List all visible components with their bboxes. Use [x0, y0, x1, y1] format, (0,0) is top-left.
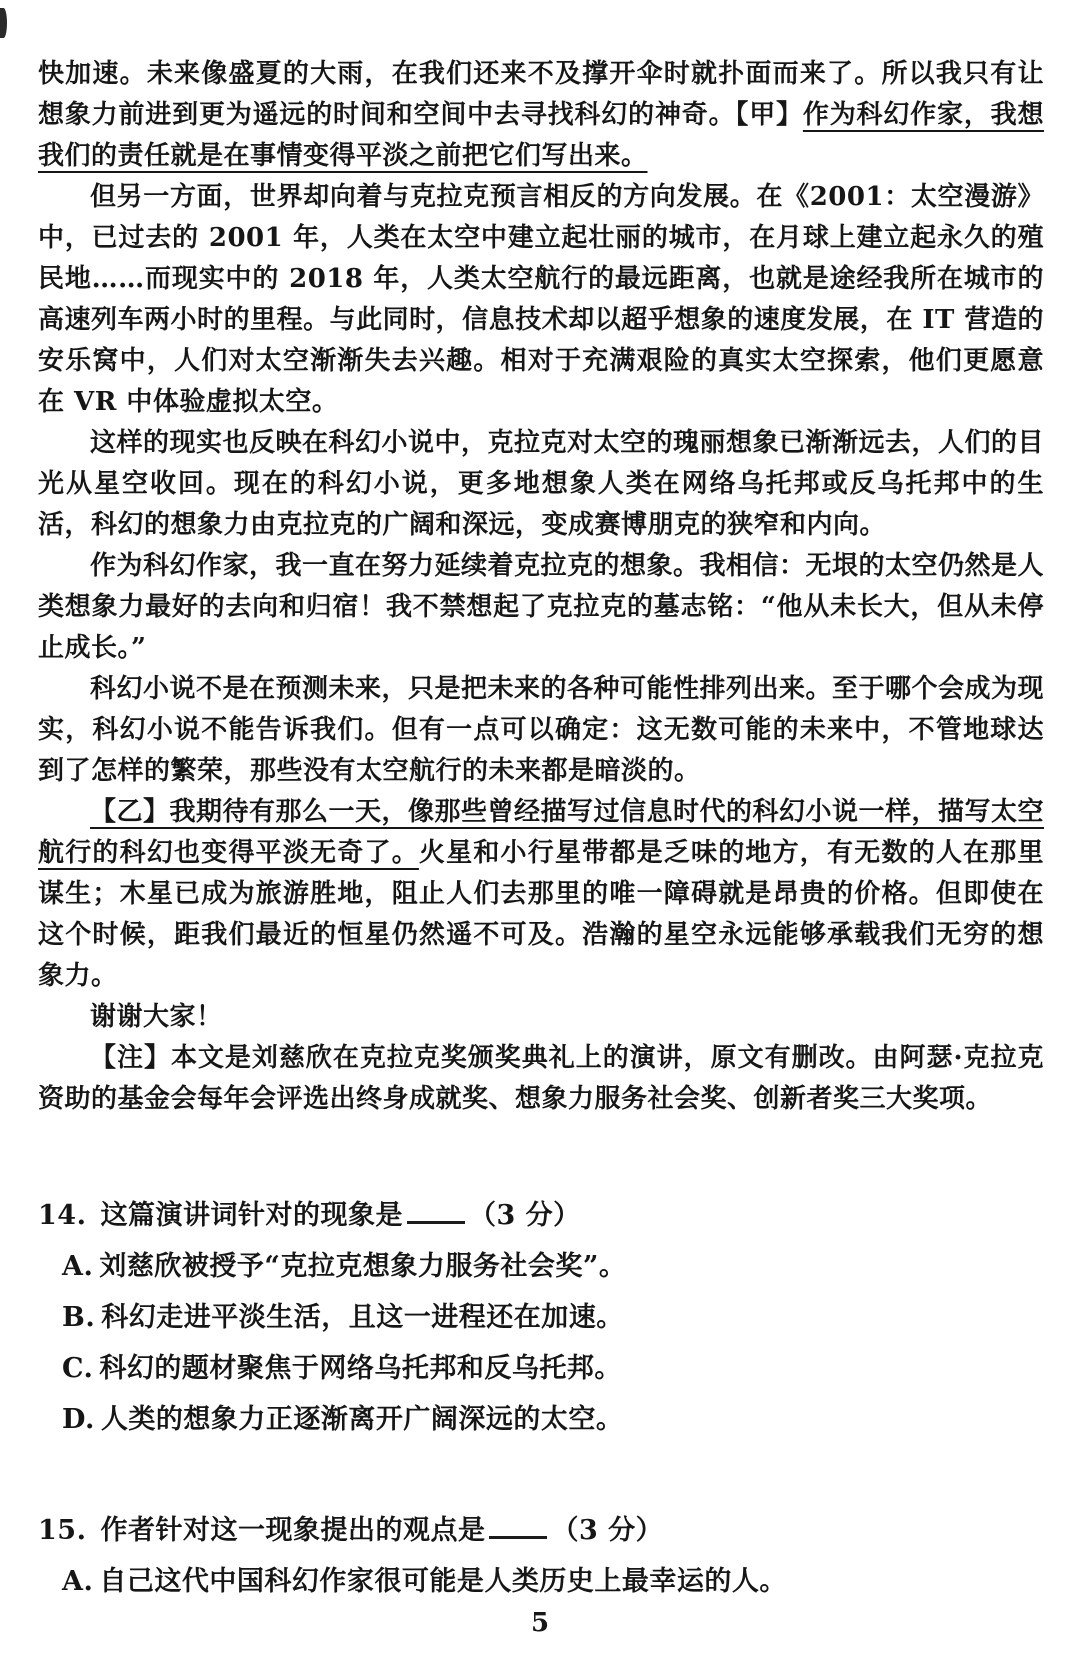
question-14-option-c: C.科幻的题材聚焦于网络乌托邦和反乌托邦。: [38, 1348, 1044, 1389]
question-number: 15.: [38, 1515, 86, 1546]
option-text: 刘慈欣被授予“克拉克想象力服务社会奖”。: [99, 1251, 626, 1282]
answer-blank: [407, 1195, 465, 1224]
option-label: A.: [62, 1566, 93, 1597]
exam-page: 快加速。未来像盛夏的大雨，在我们还来不及撑开伞时就扑面而来了。所以我只有让想象力…: [0, 0, 1080, 1654]
option-text: 人类的想象力正逐渐离开广阔深远的太空。: [101, 1404, 624, 1435]
article-paragraph: 谢谢大家！: [38, 997, 1044, 1038]
question-14-option-d: D.人类的想象力正逐渐离开广阔深远的太空。: [38, 1399, 1044, 1440]
option-label: D.: [62, 1404, 95, 1435]
question-stem-text: 这篇演讲词针对的现象是: [100, 1200, 403, 1231]
article-paragraph: 这样的现实也反映在科幻小说中，克拉克对太空的瑰丽想象已渐渐远去，人们的目光从星空…: [38, 423, 1044, 546]
question-15-stem: 15.作者针对这一现象提出的观点是（3 分）: [38, 1510, 1044, 1551]
paragraph-text: 这样的现实也反映在科幻小说中，克拉克对太空的瑰丽想象已渐渐远去，人们的目光从星空…: [38, 428, 1044, 540]
option-text: 科幻走进平淡生活，且这一进程还在加速。: [101, 1302, 624, 1333]
article-paragraph: 【乙】我期待有那么一天，像那些曾经描写过信息时代的科幻小说一样，描写太空航行的科…: [38, 792, 1044, 997]
paragraph-text: 但另一方面，世界却向着与克拉克预言相反的方向发展。在《2001：太空漫游》中，已…: [38, 182, 1044, 417]
question-points: （3 分）: [469, 1200, 581, 1231]
paragraph-text: 科幻小说不是在预测未来，只是把未来的各种可能性排列出来。至于哪个会成为现实，科幻…: [38, 674, 1044, 786]
option-text: 科幻的题材聚焦于网络乌托邦和反乌托邦。: [99, 1353, 622, 1384]
speech-text: 快加速。未来像盛夏的大雨，在我们还来不及撑开伞时就扑面而来了。所以我只有让想象力…: [38, 54, 1044, 1120]
question-points: （3 分）: [551, 1515, 663, 1546]
question-14: 14.这篇演讲词针对的现象是（3 分） A.刘慈欣被授予“克拉克想象力服务社会奖…: [38, 1195, 1044, 1440]
question-14-stem: 14.这篇演讲词针对的现象是（3 分）: [38, 1195, 1044, 1236]
article-paragraph: 【注】本文是刘慈欣在克拉克奖颁奖典礼上的演讲，原文有删改。由阿瑟·克拉克资助的基…: [38, 1038, 1044, 1120]
question-14-option-b: B.科幻走进平淡生活，且这一进程还在加速。: [38, 1297, 1044, 1338]
option-text: 自己这代中国科幻作家很可能是人类历史上最幸运的人。: [99, 1566, 787, 1597]
question-number: 14.: [38, 1200, 86, 1231]
scan-artifact: [0, 8, 7, 38]
page-number: 5: [0, 1608, 1080, 1638]
article-paragraph: 作为科幻作家，我一直在努力延续着克拉克的想象。我相信：无垠的太空仍然是人类想象力…: [38, 546, 1044, 669]
question-15: 15.作者针对这一现象提出的观点是（3 分） A.自己这代中国科幻作家很可能是人…: [38, 1510, 1044, 1602]
article-paragraph: 科幻小说不是在预测未来，只是把未来的各种可能性排列出来。至于哪个会成为现实，科幻…: [38, 669, 1044, 792]
question-14-option-a: A.刘慈欣被授予“克拉克想象力服务社会奖”。: [38, 1246, 1044, 1287]
paragraph-text: 作为科幻作家，我一直在努力延续着克拉克的想象。我相信：无垠的太空仍然是人类想象力…: [38, 551, 1044, 663]
answer-blank: [489, 1510, 547, 1539]
paragraph-text: 谢谢大家！: [90, 1002, 223, 1032]
article-paragraph: 但另一方面，世界却向着与克拉克预言相反的方向发展。在《2001：太空漫游》中，已…: [38, 177, 1044, 423]
note-text: 【注】本文是刘慈欣在克拉克奖颁奖典礼上的演讲，原文有删改。由阿瑟·克拉克资助的基…: [38, 1043, 1044, 1114]
option-label: A.: [62, 1251, 93, 1282]
option-label: C.: [62, 1353, 93, 1384]
question-15-option-a: A.自己这代中国科幻作家很可能是人类历史上最幸运的人。: [38, 1561, 1044, 1602]
option-label: B.: [62, 1302, 95, 1333]
article-paragraph: 快加速。未来像盛夏的大雨，在我们还来不及撑开伞时就扑面而来了。所以我只有让想象力…: [38, 54, 1044, 177]
question-stem-text: 作者针对这一现象提出的观点是: [100, 1515, 485, 1546]
